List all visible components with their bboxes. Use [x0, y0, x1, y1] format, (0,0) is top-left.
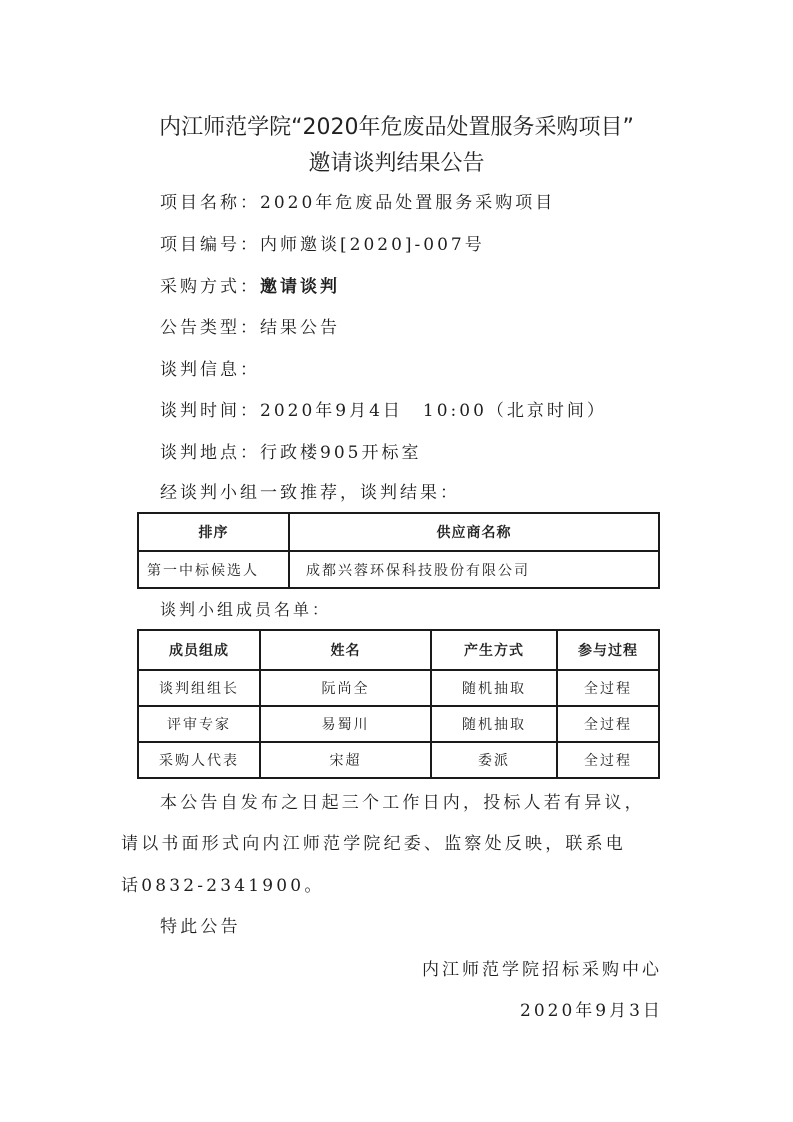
table-header-cell: 排序 [138, 513, 289, 551]
table-cell: 成都兴蓉环保科技股份有限公司 [289, 551, 659, 588]
field-value: 2020年9月4日 10:00（北京时间） [260, 401, 607, 421]
closing-text: 特此公告 [160, 912, 241, 937]
notice-paragraph-line3: 话0832-2341900。 [121, 871, 325, 896]
field-label: 项目编号： [160, 235, 260, 255]
table-cell: 易蜀川 [260, 706, 431, 742]
table-cell: 全过程 [557, 706, 659, 742]
table-cell: 全过程 [557, 742, 659, 778]
table-row: 采购人代表 宋超 委派 全过程 [138, 742, 659, 778]
notice-paragraph-line2: 请以书面形式向内江师范学院纪委、监察处反映，联系电 [121, 829, 626, 854]
table-cell: 阮尚全 [260, 670, 431, 706]
field-label: 谈判信息： [160, 360, 260, 380]
table-cell: 全过程 [557, 670, 659, 706]
table-cell: 随机抽取 [431, 706, 557, 742]
field-negotiation-location: 谈判地点：行政楼905开标室 [160, 438, 421, 463]
field-label: 谈判地点： [160, 443, 260, 463]
table-cell: 评审专家 [138, 706, 260, 742]
table-row: 第一中标候选人 成都兴蓉环保科技股份有限公司 [138, 551, 659, 588]
table-header-cell: 产生方式 [431, 630, 557, 670]
field-negotiation-info: 谈判信息： [160, 355, 260, 380]
field-notice-type: 公告类型：结果公告 [160, 313, 340, 338]
table-header-cell: 姓名 [260, 630, 431, 670]
field-label: 公告类型： [160, 318, 260, 338]
field-value: 邀请谈判 [260, 277, 340, 297]
notice-paragraph-line1: 本公告自发布之日起三个工作日内，投标人若有异议， [160, 788, 645, 813]
table-cell: 随机抽取 [431, 670, 557, 706]
table-header-row: 成员组成 姓名 产生方式 参与过程 [138, 630, 659, 670]
field-label: 谈判时间： [160, 401, 260, 421]
field-label: 采购方式： [160, 277, 260, 297]
field-project-number: 项目编号：内师邀谈[2020]-007号 [160, 230, 485, 255]
document-title-line1: 内江师范学院“2020年危废品处置服务采购项目” [0, 110, 793, 141]
field-value: 行政楼905开标室 [260, 443, 421, 463]
field-value: 结果公告 [260, 318, 340, 338]
signature-organization: 内江师范学院招标采购中心 [422, 955, 662, 980]
table-header-cell: 供应商名称 [289, 513, 659, 551]
field-label: 项目名称： [160, 193, 260, 213]
panel-intro: 谈判小组成员名单： [160, 597, 331, 620]
table-cell: 第一中标候选人 [138, 551, 289, 588]
panel-table: 成员组成 姓名 产生方式 参与过程 谈判组组长 阮尚全 随机抽取 全过程 评审专… [137, 629, 660, 779]
table-header-cell: 参与过程 [557, 630, 659, 670]
result-table: 排序 供应商名称 第一中标候选人 成都兴蓉环保科技股份有限公司 [137, 512, 660, 589]
field-value: 内师邀谈[2020]-007号 [260, 235, 485, 255]
table-header-cell: 成员组成 [138, 630, 260, 670]
field-project-name: 项目名称：2020年危废品处置服务采购项目 [160, 188, 555, 213]
table-cell: 谈判组组长 [138, 670, 260, 706]
table-header-row: 排序 供应商名称 [138, 513, 659, 551]
signature-date: 2020年9月3日 [520, 996, 663, 1021]
table-row: 谈判组组长 阮尚全 随机抽取 全过程 [138, 670, 659, 706]
field-negotiation-time: 谈判时间：2020年9月4日 10:00（北京时间） [160, 396, 607, 421]
document-title-line2: 邀请谈判结果公告 [0, 146, 793, 177]
table-cell: 宋超 [260, 742, 431, 778]
field-procurement-method: 采购方式：邀请谈判 [160, 272, 340, 297]
table-row: 评审专家 易蜀川 随机抽取 全过程 [138, 706, 659, 742]
field-value: 2020年危废品处置服务采购项目 [260, 193, 555, 213]
table-cell: 委派 [431, 742, 557, 778]
table-cell: 采购人代表 [138, 742, 260, 778]
result-intro: 经谈判小组一致推荐，谈判结果： [160, 478, 460, 503]
